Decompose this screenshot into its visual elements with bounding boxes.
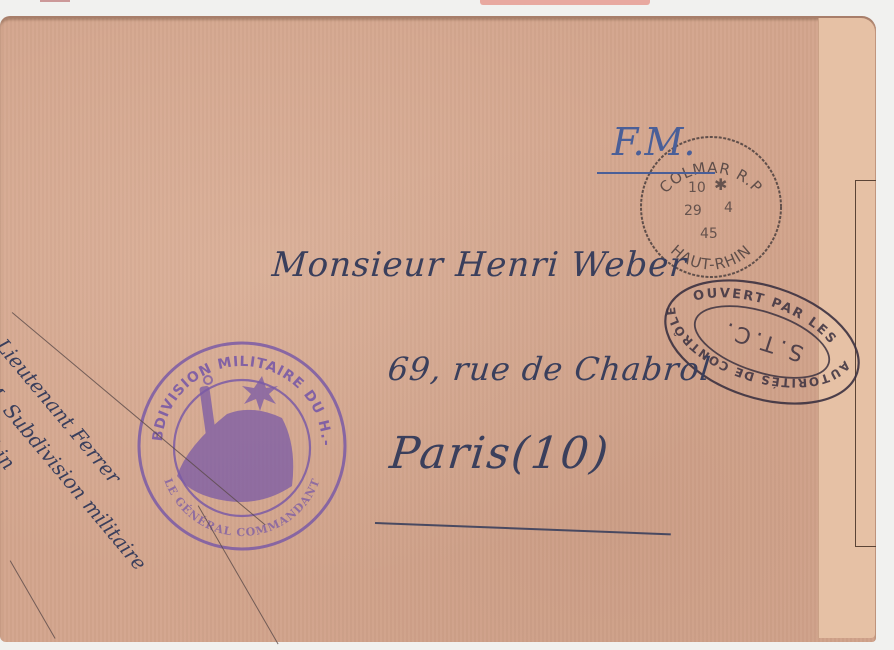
scan-edge-mark <box>40 0 70 2</box>
postmark-day: 29 <box>684 203 702 219</box>
marianne-emblem-icon <box>177 376 293 502</box>
postmark-star: ✱ <box>714 175 727 194</box>
postmark-top-text: COLMAR R.P <box>656 159 766 197</box>
postmark-month: 4 <box>724 200 733 216</box>
recipient-name: Monsieur Henri Weber <box>271 245 688 285</box>
franchise-mark-underline <box>597 172 715 174</box>
franchise-militaire-mark: F.M. <box>612 120 696 164</box>
adjacent-item-edge <box>480 0 650 5</box>
postmark-hour: 10 <box>688 180 706 196</box>
recipient-city: Paris(10) <box>387 428 612 479</box>
svg-text:COLMAR R.P: COLMAR R.P <box>656 159 766 197</box>
censor-mark: AUTORITÉS DE CONTRÔLE OUVERT PAR LES S.T… <box>652 272 872 412</box>
postmark-year: 45 <box>700 226 718 242</box>
recipient-street: 69, rue de Chabrol <box>386 350 713 388</box>
